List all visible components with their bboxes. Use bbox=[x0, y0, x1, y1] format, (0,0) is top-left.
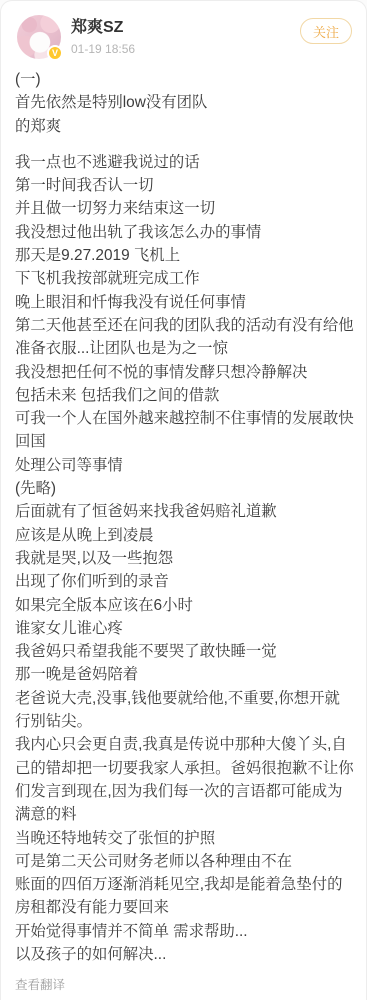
post-line: 我爸妈只希望我能不要哭了敢快睡一觉 bbox=[15, 640, 355, 663]
post-line: 晚上眼泪和忏悔我没有说任何事情 bbox=[15, 291, 355, 314]
post-line: 账面的四佰万逐渐消耗见空,我却是能着急垫付的房租都没有能力要回来 bbox=[15, 873, 355, 920]
author-name[interactable]: 郑爽SZ bbox=[71, 18, 135, 37]
post-line: 首先依然是特别low没有团队 bbox=[15, 91, 355, 114]
post-paragraph: 我一点也不逃避我说过的话第一时间我否认一切并且做一切努力来结束这一切我没想过他出… bbox=[15, 151, 355, 966]
post-line: 我内心只会更自责,我真是传说中那种大傻丫头,自己的错却把一切要我家人承担。爸妈很… bbox=[15, 733, 355, 826]
post-line: 老爸说大壳,没事,钱他要就给他,不重要,你想开就行别钻尖。 bbox=[15, 687, 355, 734]
verified-badge-icon: V bbox=[47, 45, 63, 61]
post-line: 我就是哭,以及一些抱怨 bbox=[15, 547, 355, 570]
post-line: 应该是从晚上到凌晨 bbox=[15, 524, 355, 547]
post-line: 可我一个人在国外越来越控制不住事情的发展敢快回国 bbox=[15, 407, 355, 454]
post-line: 那一晚是爸妈陪着 bbox=[15, 663, 355, 686]
post-timestamp: 01-19 18:56 bbox=[71, 42, 135, 56]
translate-link[interactable]: 查看翻译 bbox=[15, 975, 65, 993]
post-body: (一)首先依然是特别low没有团队的郑爽我一点也不逃避我说过的话第一时间我否认一… bbox=[1, 59, 366, 966]
post-line: 开始觉得事情并不简单 需求帮助... bbox=[15, 920, 355, 943]
post-line: 我一点也不逃避我说过的话 bbox=[15, 151, 355, 174]
post-paragraph: (一)首先依然是特别low没有团队的郑爽 bbox=[15, 68, 355, 138]
post-line: (一) bbox=[15, 68, 355, 91]
post-line: 那天是9.27.2019 飞机上 bbox=[15, 244, 355, 267]
post-line: 下飞机我按部就班完成工作 bbox=[15, 267, 355, 290]
post-header: V 郑爽SZ 01-19 18:56 关注 bbox=[1, 1, 366, 59]
post-line: 并且做一切努力来结束这一切 bbox=[15, 197, 355, 220]
post-line: 第一时间我否认一切 bbox=[15, 174, 355, 197]
post-line: 处理公司等事情 bbox=[15, 454, 355, 477]
post-card: V 郑爽SZ 01-19 18:56 关注 (一)首先依然是特别low没有团队的… bbox=[0, 0, 367, 1000]
post-line: 我没想把任何不悦的事情发酵只想冷静解决 bbox=[15, 361, 355, 384]
post-line: 出现了你们听到的录音 bbox=[15, 570, 355, 593]
post-line: 以及孩子的如何解决... bbox=[15, 943, 355, 966]
post-line: 我没想过他出轨了我该怎么办的事情 bbox=[15, 221, 355, 244]
post-line: 第二天他甚至还在问我的团队我的活动有没有给他准备衣服...让团队也是为之一惊 bbox=[15, 314, 355, 361]
post-line: 包括未来 包括我们之间的借款 bbox=[15, 384, 355, 407]
follow-button[interactable]: 关注 bbox=[300, 18, 352, 44]
post-line: 的郑爽 bbox=[15, 115, 355, 138]
author-avatar[interactable]: V bbox=[17, 15, 61, 59]
post-line: 可是第二天公司财务老师以各种理由不在 bbox=[15, 850, 355, 873]
post-line: 如果完全版本应该在6小时 bbox=[15, 594, 355, 617]
post-line: (先略) bbox=[15, 477, 355, 500]
post-line: 后面就有了恒爸妈来找我爸妈赔礼道歉 bbox=[15, 500, 355, 523]
author-meta: 郑爽SZ 01-19 18:56 bbox=[71, 15, 135, 56]
post-line: 当晚还特地转交了张恒的护照 bbox=[15, 827, 355, 850]
post-line: 谁家女儿谁心疼 bbox=[15, 617, 355, 640]
